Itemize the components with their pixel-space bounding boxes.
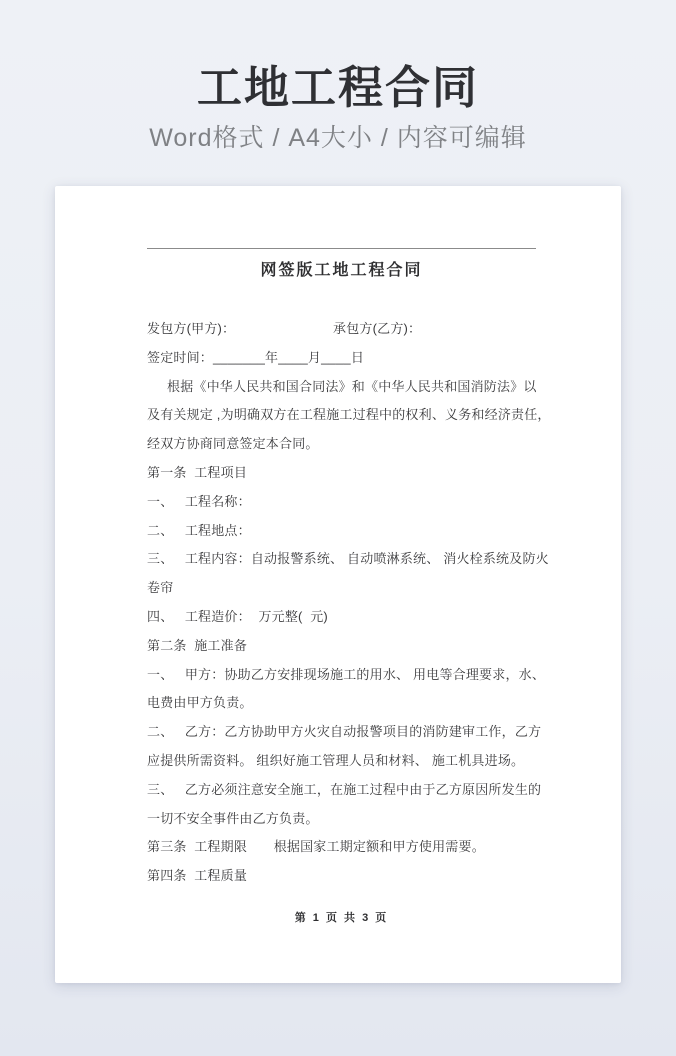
header-subtitle: Word格式 / A4大小 / 内容可编辑 xyxy=(0,122,676,154)
doc-line: 一、 甲方：协助乙方安排现场施工的用水、 用电等合理要求，水、 xyxy=(147,661,536,690)
page-number-footer: 第 1 页 共 3 页 xyxy=(147,909,536,925)
doc-line: 二、 工程地点： xyxy=(147,517,536,546)
template-preview-background: { "header": { "title": "工地工程合同", "subtit… xyxy=(0,0,676,1056)
doc-line: 签定时间：_______年____月____日 xyxy=(147,344,536,373)
header-title: 工地工程合同 xyxy=(0,62,676,114)
doc-line: 一、 工程名称： xyxy=(147,488,536,517)
doc-line: 根据《中华人民共和国合同法》和《中华人民共和国消防法》以 xyxy=(147,373,536,402)
doc-line: 第三条 工程期限 根据国家工期定额和甲方使用需要。 xyxy=(147,833,536,862)
doc-line: 一切不安全事件由乙方负责。 xyxy=(147,805,536,834)
doc-line: 二、 乙方：乙方协助甲方火灾自动报警项目的消防建审工作，乙方 xyxy=(147,718,536,747)
doc-line: 三、 工程内容：自动报警系统、 自动喷淋系统、 消火栓系统及防火 xyxy=(147,545,536,574)
doc-line: 三、 乙方必须注意安全施工，在施工过程中由于乙方原因所发生的 xyxy=(147,776,536,805)
doc-line: 及有关规定 ,为明确双方在工程施工过程中的权利、义务和经济责任， xyxy=(147,401,536,430)
doc-body: 发包方(甲方)：承包方(乙方)：签定时间：_______年____月____日根… xyxy=(147,315,536,891)
party-a-label: 发包方(甲方)： xyxy=(147,321,235,336)
doc-line: 经双方协商同意签定本合同。 xyxy=(147,430,536,459)
document-title: 网签版工地工程合同 xyxy=(147,261,536,281)
doc-line: 应提供所需资料。 组织好施工管理人员和材料、 施工机具进场。 xyxy=(147,747,536,776)
doc-line: 卷帘 xyxy=(147,574,536,603)
doc-line: 第二条 施工准备 xyxy=(147,632,536,661)
doc-line: 第一条 工程项目 xyxy=(147,459,536,488)
doc-line: 发包方(甲方)：承包方(乙方)： xyxy=(147,315,536,344)
document-content: 网签版工地工程合同 发包方(甲方)：承包方(乙方)：签定时间：_______年_… xyxy=(147,186,536,983)
document-page: 网签版工地工程合同 发包方(甲方)：承包方(乙方)：签定时间：_______年_… xyxy=(55,186,621,983)
document-separator-line xyxy=(147,248,536,249)
doc-line: 四、 工程造价： 万元整( 元) xyxy=(147,603,536,632)
doc-line: 第四条 工程质量 xyxy=(147,862,536,891)
doc-line: 电费由甲方负责。 xyxy=(147,689,536,718)
party-b-label: 承包方(乙方)： xyxy=(333,315,421,344)
